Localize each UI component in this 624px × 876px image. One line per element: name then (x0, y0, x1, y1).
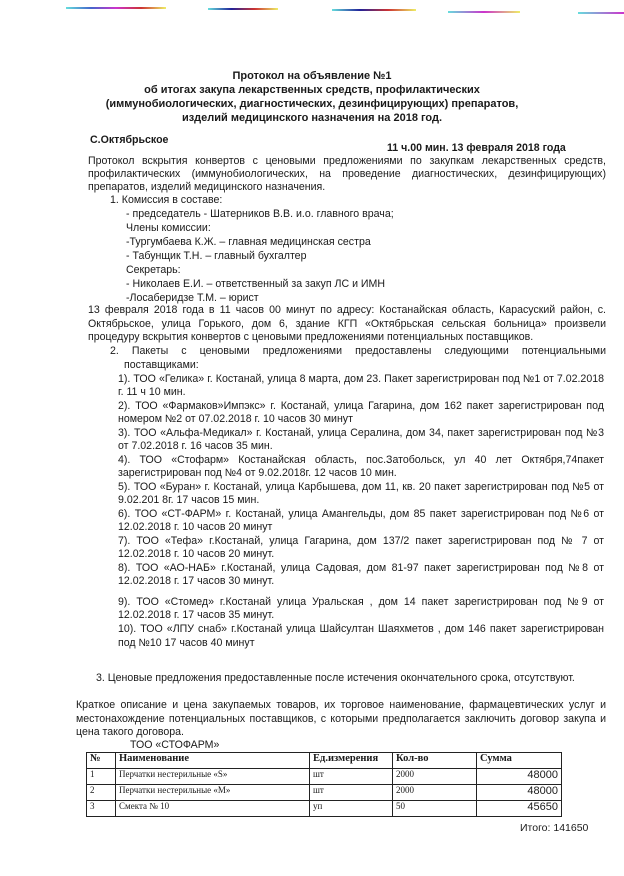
packets-heading: 2. Пакеты с ценовыми предложениями предо… (110, 345, 606, 358)
cell-sum: 45650 (477, 801, 562, 817)
packet-6-line-2: 12.02.2018 г. 10 часов 20 минут (118, 521, 272, 534)
table-row: 3 Смекта № 10 уп 50 45650 (87, 801, 562, 817)
packet-7-line-2: 12.02.2018 г. 10 часов 20 минут. (118, 548, 274, 561)
intro-line-3: препаратов, изделий медицинского назначе… (88, 181, 325, 194)
summary-line-1: Краткое описание и цена закупаемых товар… (76, 699, 606, 712)
place-label: С.Октябрьское (90, 134, 168, 147)
members-label: Члены комиссии: (126, 222, 211, 235)
packet-9-line-1: 9). ТОО «Стомед» г.Костанай улица Уральс… (118, 596, 604, 609)
packets-heading-2: поставщиками: (124, 359, 199, 372)
items-table: № Наименование Ед.измерения Кол-во Сумма… (86, 752, 562, 817)
packet-10-line-2: под №10 17 часов 40 минут (118, 637, 255, 650)
title-line-3: (иммунобиологических, диагностических, д… (0, 97, 624, 111)
commission-heading: 1. Комиссия в составе: (110, 194, 222, 207)
cell-qty: 2000 (393, 769, 477, 785)
packet-1-line-1: 1). ТОО «Гелика» г. Костанай, улица 8 ма… (118, 373, 604, 386)
packet-1-line-2: г. 11 ч 10 мин. (118, 386, 186, 399)
member-1: -Тургумбаева К.Ж. – главная медицинская … (126, 236, 371, 249)
packet-5-line-1: 5). ТОО «Буран» г. Костанай, улица Карбы… (118, 481, 604, 494)
col-header-sum: Сумма (477, 753, 562, 769)
scan-artifact (208, 8, 278, 10)
packet-7-line-1: 7). ТОО «Тефа» г.Костанай, улица Гагарин… (118, 535, 604, 548)
summary-line-3: цена такого договора. (76, 726, 184, 739)
scan-artifact (332, 9, 416, 11)
col-header-name: Наименование (116, 753, 310, 769)
secretary-label: Секретарь: (126, 264, 181, 277)
col-header-number: № (87, 753, 116, 769)
summary-line-2: местонахождение потенциальных поставщико… (76, 713, 606, 726)
cell-name: Перчатки нестерильные «S» (116, 769, 310, 785)
date-time-label: 11 ч.00 мин. 13 февраля 2018 года (387, 142, 566, 155)
commission-chair: - председатель - Шатерников В.В. и.о. гл… (126, 208, 394, 221)
document-title: Протокол на объявление №1 (0, 69, 624, 83)
packet-5-line-2: 9.02.201 8г. 17 часов 15 мин. (118, 494, 259, 507)
opening-line-2: Октябрьское, улица Горького, дом 6, здан… (88, 318, 606, 331)
cell-number: 2 (87, 785, 116, 801)
cell-sum: 48000 (477, 769, 562, 785)
packet-4-line-1: 4). ТОО «Стофарм» Костанайская область, … (118, 454, 604, 467)
scan-artifact (578, 12, 624, 14)
packet-8-line-1: 8). ТОО «АО-НАБ» г.Костанай, улица Садов… (118, 562, 604, 575)
cell-number: 1 (87, 769, 116, 785)
packet-3-line-2: от 7.02.2018 г. 16 часов 35 мин. (118, 440, 273, 453)
opening-line-1: 13 февраля 2018 года в 11 часов 00 минут… (88, 304, 606, 317)
cell-qty: 2000 (393, 785, 477, 801)
cell-name: Перчатки нестерильные «M» (116, 785, 310, 801)
table-row: 2 Перчатки нестерильные «M» шт 2000 4800… (87, 785, 562, 801)
col-header-unit: Ед.измерения (310, 753, 393, 769)
table-row: 1 Перчатки нестерильные «S» шт 2000 4800… (87, 769, 562, 785)
packet-9-line-2: 12.02.2018 г. 17 часов 35 минут. (118, 609, 274, 622)
cell-qty: 50 (393, 801, 477, 817)
opening-line-3: процедуру вскрытия конвертов с ценовыми … (88, 331, 533, 344)
packet-4-line-2: зарегистрирован под №4 от 9.02.2018г. 12… (118, 467, 397, 480)
cell-unit: шт (310, 769, 393, 785)
intro-line-1: Протокол вскрытия конвертов с ценовыми п… (88, 155, 606, 168)
col-header-qty: Кол-во (393, 753, 477, 769)
intro-line-2: профилактических (иммунобиологических, н… (88, 168, 606, 181)
packet-10-line-1: 10). ТОО «ЛПУ снаб» г.Костанай улица Шай… (118, 623, 604, 636)
cell-unit: уп (310, 801, 393, 817)
packet-2-line-2: номером №2 от 07.02.2018 г. 10 часов 30 … (118, 413, 353, 426)
cell-sum: 48000 (477, 785, 562, 801)
packet-3-line-1: 3). ТОО «Альфа-Медикал» г. Костанай, ули… (118, 427, 604, 440)
scan-artifact (66, 7, 166, 9)
cell-number: 3 (87, 801, 116, 817)
cell-name: Смекта № 10 (116, 801, 310, 817)
packet-2-line-1: 2). ТОО «Фармаков»Импэкс» г. Костанай, у… (118, 400, 604, 413)
total-label: Итого: 141650 (520, 822, 588, 835)
title-line-4: изделий медицинского назначения на 2018 … (0, 111, 624, 125)
member-2: - Табунщик Т.Н. – главный бухгалтер (126, 250, 306, 263)
title-line-2: об итогах закупа лекарственных средств, … (0, 83, 624, 97)
cell-unit: шт (310, 785, 393, 801)
packet-6-line-1: 6). ТОО «СТ-ФАРМ» г. Костанай, улица Ама… (118, 508, 604, 521)
secretary-1: - Николаев Е.И. – ответственный за закуп… (126, 278, 385, 291)
packet-8-line-2: 12.02.2018 г. 17 часов 30 минут. (118, 575, 274, 588)
scan-artifact (448, 11, 520, 13)
late-offers-note: 3. Ценовые предложения предоставленные п… (96, 672, 575, 685)
supplier-name: ТОО «СТОФАРМ» (130, 739, 219, 752)
table-header-row: № Наименование Ед.измерения Кол-во Сумма (87, 753, 562, 769)
